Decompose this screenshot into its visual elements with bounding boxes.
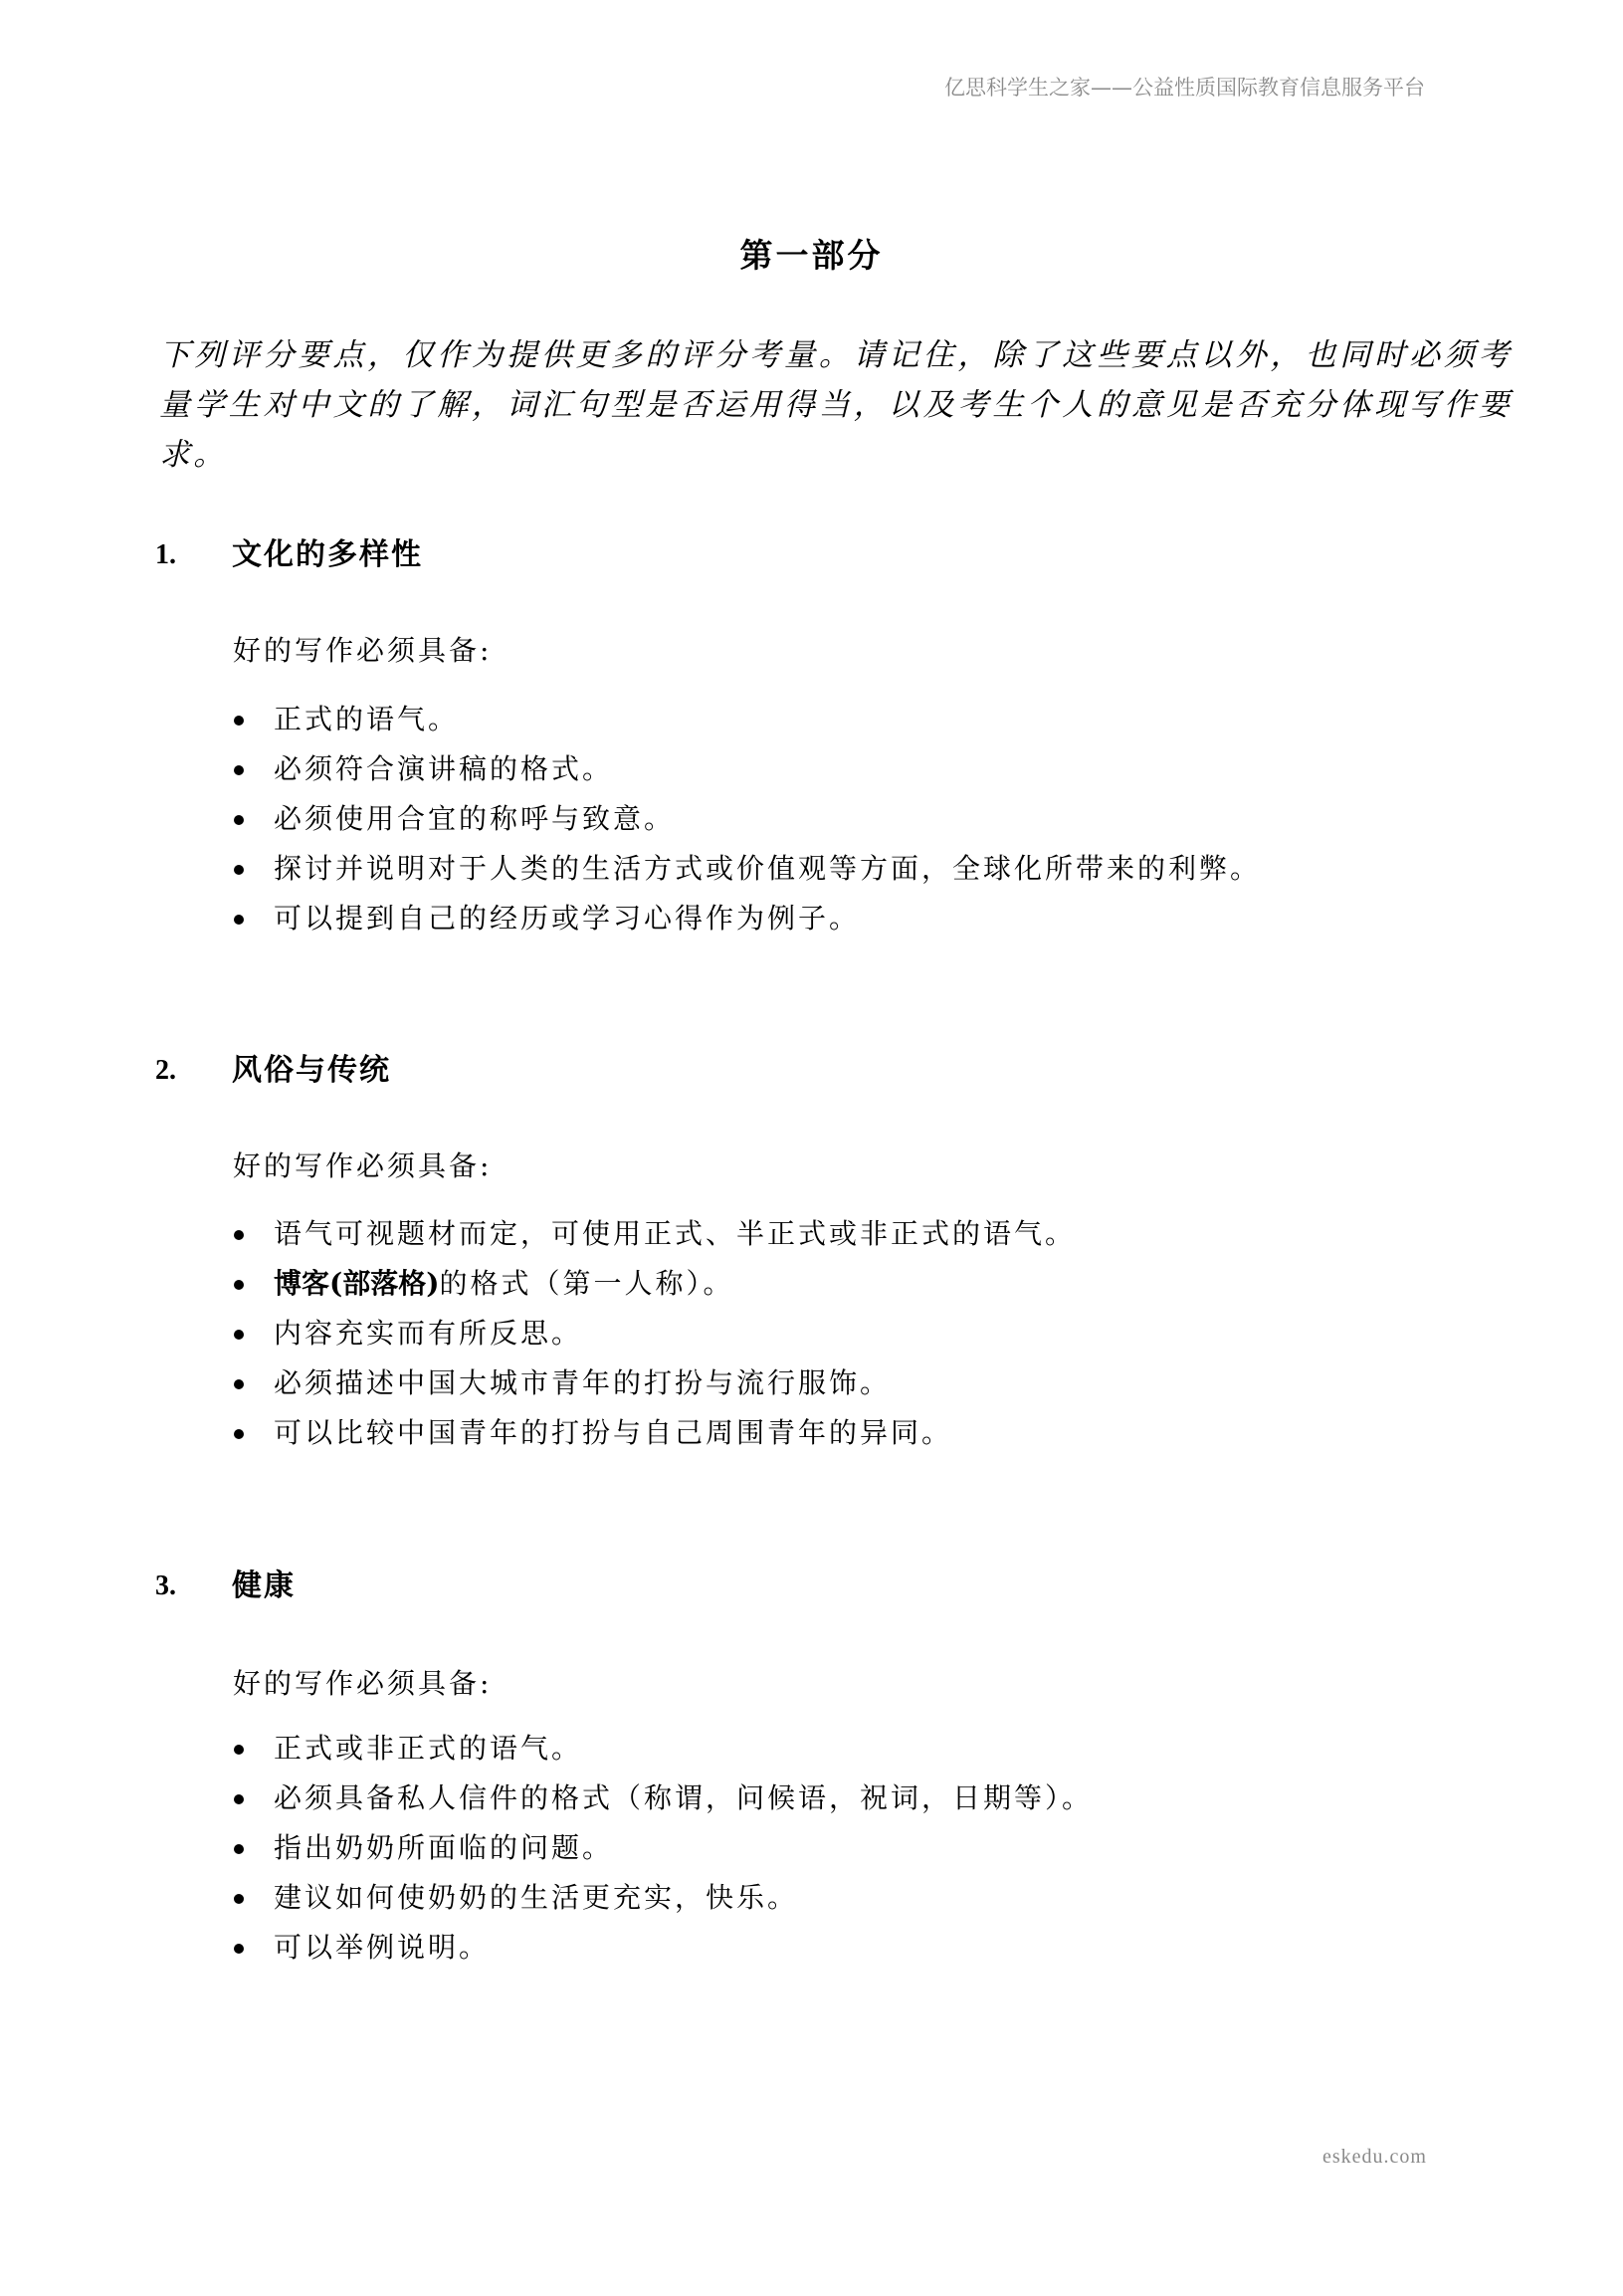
list-item-text: 必须描述中国大城市青年的打扮与流行服饰。 [274, 1366, 891, 1399]
list-item: 必须具备私人信件的格式（称谓，问候语，祝词，日期等）。 [232, 1778, 1093, 1828]
section-3-criteria-list: 正式或非正式的语气。 必须具备私人信件的格式（称谓，问候语，祝词，日期等）。 指… [232, 1729, 1093, 1978]
list-item: 语气可视题材而定，可使用正式、半正式或非正式的语气。 [232, 1214, 1076, 1264]
list-item-text: 正式或非正式的语气。 [274, 1732, 582, 1765]
bullet-icon [234, 1230, 244, 1240]
list-item-text: 探讨并说明对于人类的生活方式或价值观等方面，全球化所带来的利弊。 [274, 852, 1261, 885]
intro-paragraph: 下列评分要点，仅作为提供更多的评分考量。请记住，除了这些要点以外，也同时必须考量… [159, 330, 1513, 480]
list-item-text: 必须具备私人信件的格式（称谓，问候语，祝词，日期等）。 [274, 1781, 1093, 1814]
bullet-icon [234, 1745, 244, 1755]
list-item-text: 内容充实而有所反思。 [274, 1317, 582, 1350]
list-item: 可以提到自己的经历或学习心得作为例子。 [232, 899, 1261, 948]
list-item-text: 必须使用合宜的称呼与致意。 [274, 802, 675, 835]
list-item-text: 可以提到自己的经历或学习心得作为例子。 [274, 902, 860, 935]
bullet-icon [234, 1379, 244, 1389]
section-2-criteria-list: 语气可视题材而定，可使用正式、半正式或非正式的语气。 博客(部落格)的格式（第一… [232, 1214, 1076, 1463]
list-item: 必须使用合宜的称呼与致意。 [232, 799, 1261, 849]
list-item-text: 的格式（第一人称）。 [440, 1267, 734, 1300]
document-title-text: 第一部分 [740, 235, 884, 277]
list-item-text: 建议如何使奶奶的生活更充实，快乐。 [274, 1881, 798, 1914]
section-3-label: 好的写作必须具备: [233, 1664, 492, 1704]
list-item-bold: 博客(部落格) [274, 1267, 440, 1300]
list-item: 建议如何使奶奶的生活更充实，快乐。 [232, 1878, 1093, 1928]
list-item: 指出奶奶所面临的问题。 [232, 1828, 1093, 1878]
page-footer-site: eskedu.com [1322, 2144, 1427, 2170]
bullet-icon [234, 1794, 244, 1804]
bullet-icon [234, 765, 244, 775]
bullet-icon [234, 1844, 244, 1854]
section-3-number: 3. [155, 1566, 176, 1606]
section-1-label: 好的写作必须具备: [233, 631, 492, 671]
bullet-icon [234, 1429, 244, 1439]
page-header-banner: 亿思科学生之家——公益性质国际教育信息服务平台 [944, 74, 1425, 102]
bullet-icon [234, 1330, 244, 1340]
bullet-icon [234, 1944, 244, 1954]
list-item: 博客(部落格)的格式（第一人称）。 [232, 1264, 1076, 1314]
list-item-text: 指出奶奶所面临的问题。 [274, 1831, 613, 1864]
section-1-number: 1. [155, 535, 176, 575]
bullet-icon [234, 865, 244, 875]
section-1-heading: 文化的多样性 [232, 535, 423, 575]
section-2-number: 2. [155, 1051, 176, 1091]
list-item-text: 可以举例说明。 [274, 1931, 490, 1964]
list-item: 探讨并说明对于人类的生活方式或价值观等方面，全球化所带来的利弊。 [232, 849, 1261, 899]
list-item: 必须描述中国大城市青年的打扮与流行服饰。 [232, 1363, 1076, 1413]
list-item: 可以举例说明。 [232, 1928, 1093, 1978]
list-item: 正式或非正式的语气。 [232, 1729, 1093, 1778]
bullet-icon [234, 915, 244, 925]
bullet-icon [234, 815, 244, 825]
list-item-text: 必须符合演讲稿的格式。 [274, 752, 613, 785]
list-item: 正式的语气。 [232, 700, 1261, 749]
bullet-icon [234, 716, 244, 726]
section-2-heading: 风俗与传统 [232, 1051, 391, 1091]
bullet-icon [234, 1280, 244, 1290]
list-item: 可以比较中国青年的打扮与自己周围青年的异同。 [232, 1413, 1076, 1463]
list-item-text: 语气可视题材而定，可使用正式、半正式或非正式的语气。 [274, 1217, 1076, 1250]
section-2-label: 好的写作必须具备: [233, 1147, 492, 1186]
section-3-heading: 健康 [232, 1566, 296, 1606]
list-item-text: 可以比较中国青年的打扮与自己周围青年的异同。 [274, 1416, 952, 1449]
section-1-criteria-list: 正式的语气。 必须符合演讲稿的格式。 必须使用合宜的称呼与致意。 探讨并说明对于… [232, 700, 1261, 948]
list-item: 必须符合演讲稿的格式。 [232, 749, 1261, 799]
list-item: 内容充实而有所反思。 [232, 1314, 1076, 1363]
list-item-text: 正式的语气。 [274, 703, 459, 735]
document-title: 第一部分 [0, 235, 1623, 277]
bullet-icon [234, 1894, 244, 1904]
